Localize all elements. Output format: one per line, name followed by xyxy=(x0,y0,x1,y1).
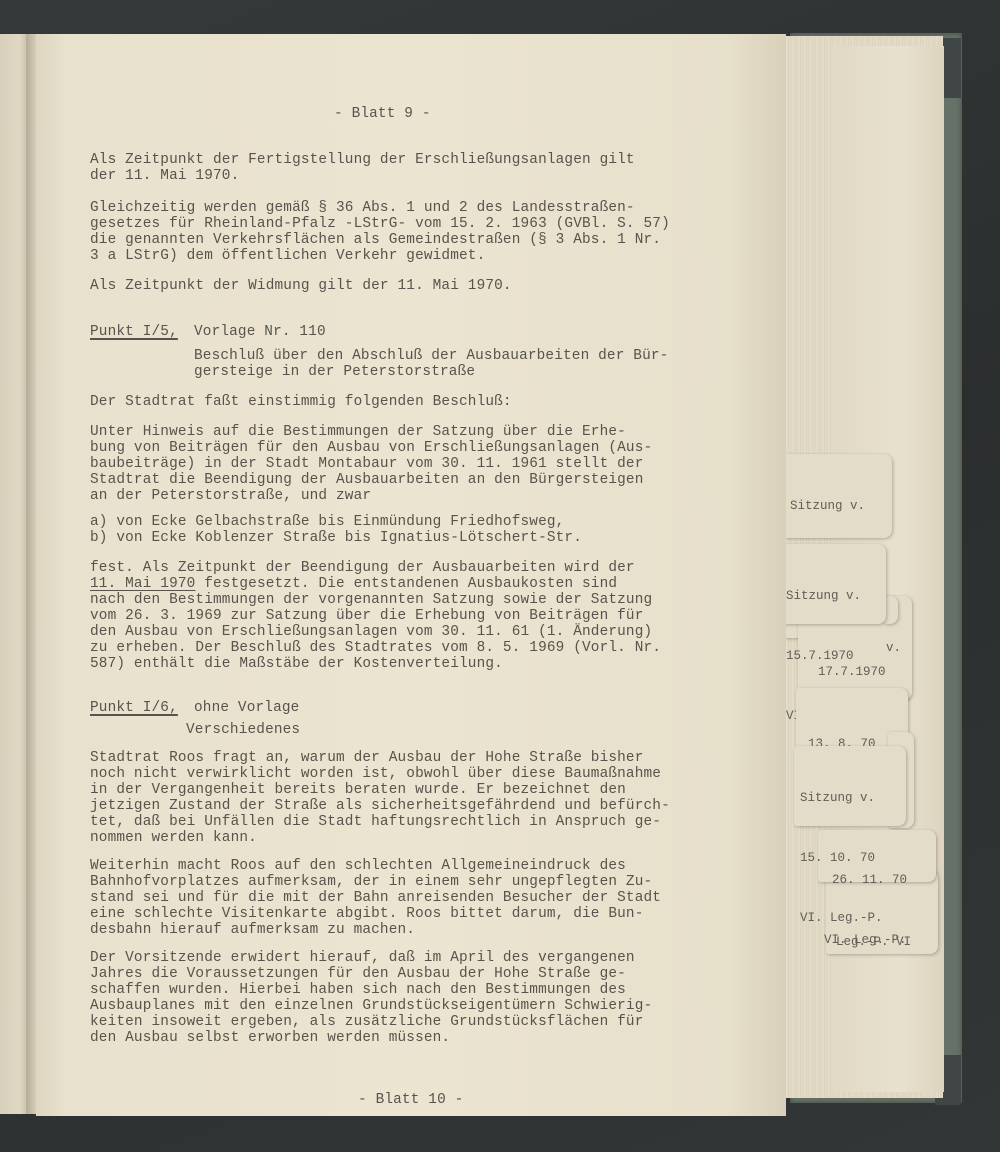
paragraph-line: an der Peterstorstraße, und zwar xyxy=(90,488,371,504)
paragraph-line: stand sei und für die mit der Bahn anrei… xyxy=(90,890,661,906)
paragraph-line: den Ausbau von Erschließungsanlagen vom … xyxy=(90,624,652,640)
paragraph-line: schaffen wurden. Hierbei haben sich nach… xyxy=(90,982,626,998)
item-vorlage: ohne Vorlage xyxy=(194,700,299,716)
index-tab[interactable]: Sitzung v. 18.6.1970 VI.Leg.-P. xyxy=(784,454,892,538)
paragraph-line: eine schlechte Visitenkarte abgibt. Roos… xyxy=(90,906,644,922)
paragraph-line: nach den Bestimmungen der vorgenannten S… xyxy=(90,592,652,608)
paragraph-line: Unter Hinweis auf die Bestimmungen der S… xyxy=(90,424,626,440)
paragraph-line: zu erheben. Der Beschluß des Stadtrates … xyxy=(90,640,661,656)
item-vorlage: Vorlage Nr. 110 xyxy=(194,324,326,340)
paragraph-line: Gleichzeitig werden gemäß § 36 Abs. 1 un… xyxy=(90,200,635,216)
paragraph-line: Ausbauplanes mit den einzelnen Grundstüc… xyxy=(90,998,652,1014)
paragraph-line: 3 a LStrG) dem öffentlichen Verkehr gewi… xyxy=(90,248,485,264)
index-tab[interactable]: Sitzung v. 15. 10. 70 VI. Leg.-P. xyxy=(794,746,906,826)
paragraph-line: Als Zeitpunkt der Widmung gilt der 11. M… xyxy=(90,278,512,294)
item-subject: Verschiedenes xyxy=(186,722,300,738)
paragraph-line: Stadtrat Roos fragt an, warum der Ausbau… xyxy=(90,750,644,766)
paragraph-line: baubeiträge) in der Stadt Montabaur vom … xyxy=(90,456,644,472)
paragraph-line: jetzigen Zustand der Straße als sicherhe… xyxy=(90,798,670,814)
index-tab[interactable]: Sitzung v. 15.7.1970 VI.Leg.-P. xyxy=(780,544,886,624)
paragraph-line: noch nicht verwirklicht worden ist, obwo… xyxy=(90,766,661,782)
paragraph-line: Weiterhin macht Roos auf den schlechten … xyxy=(90,858,626,874)
paragraph-line: keiten insoweit ergeben, als zusätzliche… xyxy=(90,1014,644,1030)
paragraph-line: Jahres die Voraussetzungen für den Ausba… xyxy=(90,966,626,982)
paragraph-line: die genannten Verkehrsflächen als Gemein… xyxy=(90,232,661,248)
paragraph-line: Der Vorsitzende erwidert hierauf, daß im… xyxy=(90,950,635,966)
paragraph-line: Stadtrat die Beendigung der Ausbauarbeit… xyxy=(90,472,644,488)
paragraph-line: tet, daß bei Unfällen die Stadt haftungs… xyxy=(90,814,661,830)
paragraph-line: desbahn hierauf aufmerksam zu machen. xyxy=(90,922,415,938)
item-label: Punkt I/6, xyxy=(90,700,178,716)
list-item: a) von Ecke Gelbachstraße bis Einmündung… xyxy=(90,514,564,530)
paragraph-line: 587) enthält die Maßstäbe der Kostenvert… xyxy=(90,656,503,672)
paragraph-line: Bahnhofvorplatzes aufmerksam, der in ein… xyxy=(90,874,652,890)
list-item: b) von Ecke Koblenzer Straße bis Ignatiu… xyxy=(90,530,582,546)
resolution-intro: Der Stadtrat faßt einstimmig folgenden B… xyxy=(90,394,512,410)
page-header: - Blatt 9 - xyxy=(334,106,431,122)
paragraph-line: vom 26. 3. 1969 zur Satzung über die Erh… xyxy=(90,608,644,624)
paragraph-line: gesetzes für Rheinland-Pfalz -LStrG- vom… xyxy=(90,216,670,232)
index-tab-fragment: v. xyxy=(884,596,898,624)
item-subject-line: gersteige in der Peterstorstraße xyxy=(194,364,475,380)
document-page: - Blatt 9 - Als Zeitpunkt der Fertigstel… xyxy=(36,34,786,1116)
page-footer: - Blatt 10 - xyxy=(358,1092,463,1108)
paragraph-line: bung von Beiträgen für den Ausbau von Er… xyxy=(90,440,652,456)
paragraph-line: fest. Als Zeitpunkt der Beendigung der A… xyxy=(90,560,635,576)
left-page-edge xyxy=(0,34,28,1114)
item-label: Punkt I/5, xyxy=(90,324,178,340)
paragraph-line: in der Vergangenheit bereits beraten wur… xyxy=(90,782,626,798)
item-subject-line: Beschluß über den Abschluß der Ausbauarb… xyxy=(194,348,668,364)
paragraph-line: nommen werden kann. xyxy=(90,830,257,846)
paragraph-line: 11. Mai 1970 festgesetzt. Die entstanden… xyxy=(90,576,617,592)
paragraph-line: Als Zeitpunkt der Fertigstellung der Ers… xyxy=(90,152,635,168)
paragraph-line: der 11. Mai 1970. xyxy=(90,168,239,184)
paragraph-line: den Ausbau selbst erworben werden müssen… xyxy=(90,1030,450,1046)
book-gutter xyxy=(26,34,36,1114)
underlined-date: 11. Mai 1970 xyxy=(90,576,195,592)
